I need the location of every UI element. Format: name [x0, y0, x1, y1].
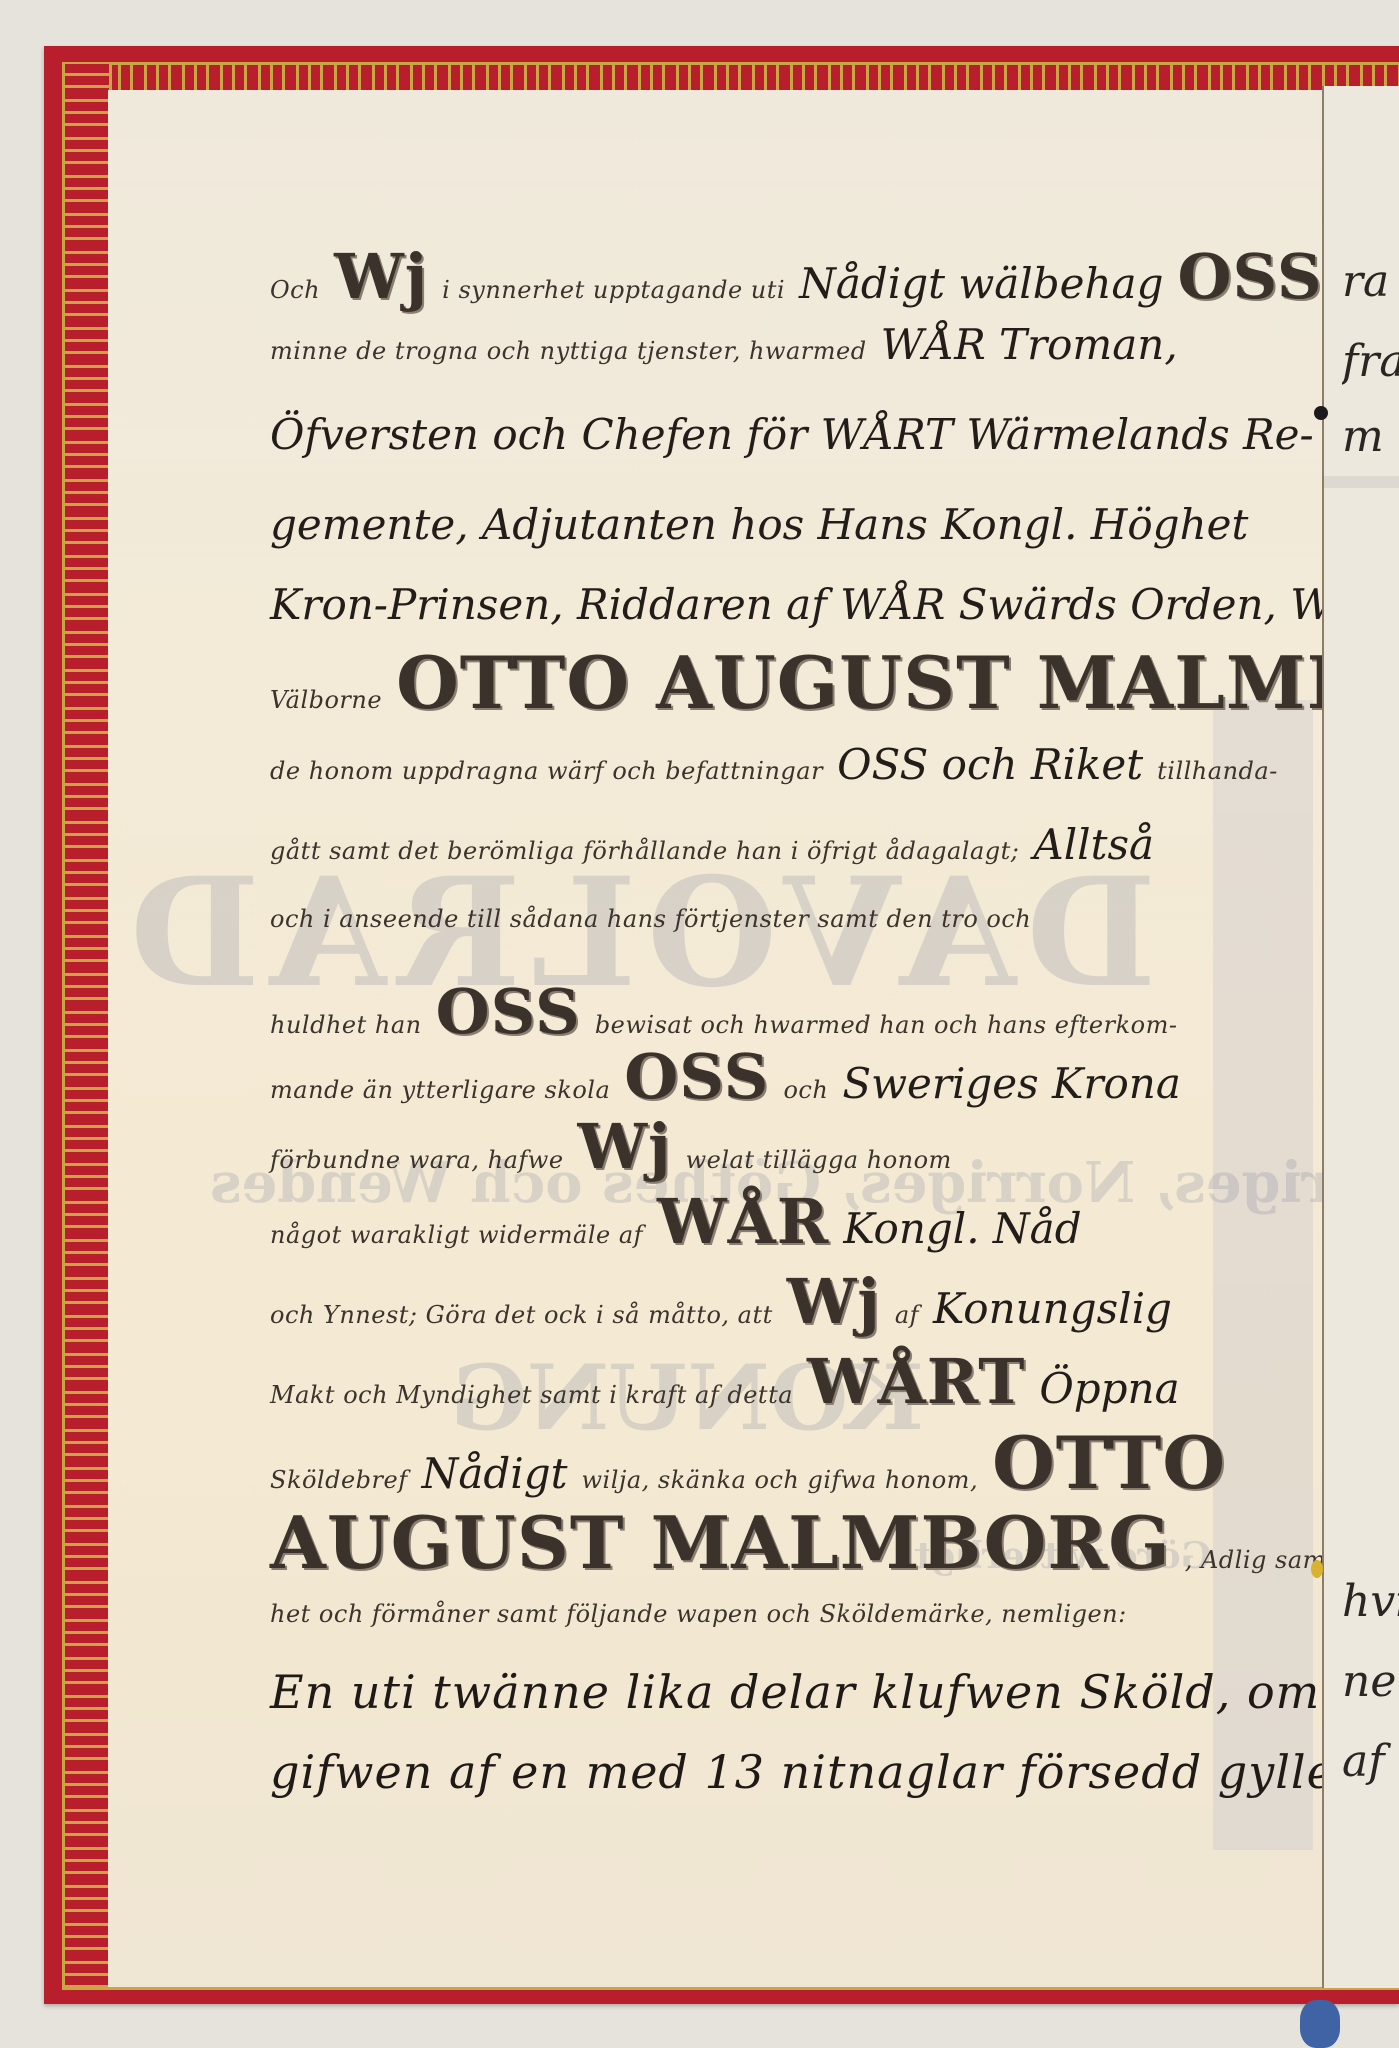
script-text: Konungslig: [933, 1284, 1172, 1333]
silk-ribbon-tassel: [1300, 2000, 1340, 2048]
facing-page-fragment: ra: [1342, 256, 1399, 307]
recipient-name: OTTO: [992, 1420, 1226, 1505]
line-text: mande än ytterligare skola: [270, 1076, 610, 1104]
line-text: förbundne wara, hafwe: [270, 1146, 564, 1174]
text-line-5: Kron-Prinsen, Riddaren af WÅR Swärds Ord…: [270, 580, 1280, 629]
ornamental-capital: OSS: [1177, 240, 1322, 313]
line-text: huldhet han: [270, 1011, 422, 1039]
binding-thread-knot: [1314, 406, 1328, 420]
script-text: Alltså: [1033, 820, 1154, 869]
script-text: Öfversten och Chefen för WÅRT Wärmelands…: [270, 410, 1314, 459]
script-text: WÅR Troman,: [881, 320, 1178, 369]
facing-page-fragment: ne: [1342, 1656, 1399, 1707]
line-text: minne de trogna och nyttiga tjenster, hw…: [270, 337, 867, 365]
ornamental-capital: WÅR: [657, 1185, 829, 1258]
line-text: het och förmåner samt följande wapen och…: [270, 1600, 1127, 1628]
text-line-11: mande än ytterligare skola OSS och Sweri…: [270, 1040, 1280, 1113]
facing-page-fragment: hvi: [1342, 1576, 1399, 1627]
ornamental-capital: OSS: [624, 1040, 769, 1113]
text-line-14: och Ynnest; Göra det ock i så måtto, att…: [270, 1265, 1280, 1338]
text-line-19: En uti twänne lika delar klufwen Sköld, …: [270, 1665, 1280, 1719]
line-text: och: [783, 1076, 828, 1104]
ornamental-capital: Wj: [787, 1265, 881, 1338]
text-line-20: gifwen af en med 13 nitnaglar försedd gy…: [270, 1745, 1280, 1799]
text-line-16: Sköldebref Nådigt wilja, skänka och gifw…: [270, 1420, 1280, 1505]
script-text: Sweriges Krona: [842, 1059, 1181, 1108]
line-text: welat tillägga honom: [686, 1146, 952, 1174]
line-text: Välborne: [270, 686, 382, 714]
facing-page-edge: ra fra m hvi ne af: [1322, 86, 1399, 1988]
silk-thread-knot: [1311, 1560, 1323, 1578]
recipient-name: AUGUST MALMBORG: [270, 1500, 1171, 1585]
line-text: gått samt det berömliga förhållande han …: [270, 837, 1019, 865]
text-line-13: något warakligt widermäle af WÅR Kongl. …: [270, 1185, 1280, 1258]
text-line-7: de honom uppdragna wärf och befattningar…: [270, 740, 1280, 789]
facing-page-fragment: af: [1342, 1736, 1399, 1787]
text-line-15: Makt och Myndighet samt i kraft af detta…: [270, 1345, 1280, 1418]
page-fold: [1324, 476, 1399, 488]
line-text: de honom uppdragna wärf och befattningar: [270, 757, 823, 785]
gold-border-bottom: [62, 1987, 1399, 1996]
line-text: och Ynnest; Göra det ock i så måtto, att: [270, 1301, 773, 1329]
text-line-2: minne de trogna och nyttiga tjenster, hw…: [270, 320, 1280, 369]
line-text: något warakligt widermäle af: [270, 1221, 643, 1249]
line-text: tillhanda-: [1157, 757, 1278, 785]
text-line-8: gått samt det berömliga förhållande han …: [270, 820, 1280, 869]
script-text: Nådigt: [422, 1449, 568, 1498]
ornamental-capital: Wj: [334, 240, 428, 313]
line-text: af: [895, 1301, 919, 1329]
text-line-17-name: AUGUST MALMBORG , Adlig samt wärdig-: [270, 1500, 1280, 1585]
line-text: bewisat och hwarmed han och hans efterko…: [595, 1011, 1178, 1039]
line-text: i synnerhet upptagande uti: [442, 276, 785, 304]
script-text: OSS och Riket: [837, 740, 1143, 789]
script-text: Kron-Prinsen, Riddaren af WÅR Swärds Ord…: [270, 580, 1399, 629]
script-text: gemente, Adjutanten hos Hans Kongl. Högh…: [270, 500, 1248, 549]
text-line-3: Öfversten och Chefen för WÅRT Wärmelands…: [270, 410, 1280, 459]
recipient-name: OTTO AUGUST MALMBORG: [396, 640, 1399, 725]
text-line-6-name: Välborne OTTO AUGUST MALMBORG , uti: [270, 640, 1280, 725]
text-line-9: och i anseende till sådana hans förtjens…: [270, 905, 1280, 933]
ornamental-capital: WÅRT: [807, 1345, 1025, 1418]
line-text: Och: [270, 276, 320, 304]
ornamental-capital: Wj: [578, 1110, 672, 1183]
text-line-10: huldhet han OSS bewisat och hwarmed han …: [270, 975, 1280, 1048]
text-line-18: het och förmåner samt följande wapen och…: [270, 1600, 1280, 1628]
facing-page-fragment: m: [1342, 411, 1399, 462]
ornamental-capital: OSS: [436, 975, 581, 1048]
script-text: Kongl. Nåd: [843, 1204, 1081, 1253]
blazon-text: gifwen af en med 13 nitnaglar försedd gy…: [270, 1745, 1394, 1799]
text-line-4: gemente, Adjutanten hos Hans Kongl. Högh…: [270, 500, 1280, 549]
facing-page-fragment: fra: [1342, 336, 1399, 387]
text-line-1: Och Wj i synnerhet upptagande uti Nådigt…: [270, 240, 1280, 313]
line-text: Makt och Myndighet samt i kraft af detta: [270, 1381, 793, 1409]
line-text: Sköldebref: [270, 1466, 408, 1494]
line-text: och i anseende till sådana hans förtjens…: [270, 905, 1031, 933]
gold-greek-key-border-left: [62, 62, 112, 1994]
script-text: Nådigt wälbehag: [799, 259, 1163, 308]
script-text: Öppna: [1039, 1364, 1179, 1413]
line-text: wilja, skänka och gifwa honom,: [581, 1466, 978, 1494]
blazon-text: En uti twänne lika delar klufwen Sköld, …: [270, 1665, 1337, 1719]
text-line-12: förbundne wara, hafwe Wj welat tillägga …: [270, 1110, 1280, 1183]
